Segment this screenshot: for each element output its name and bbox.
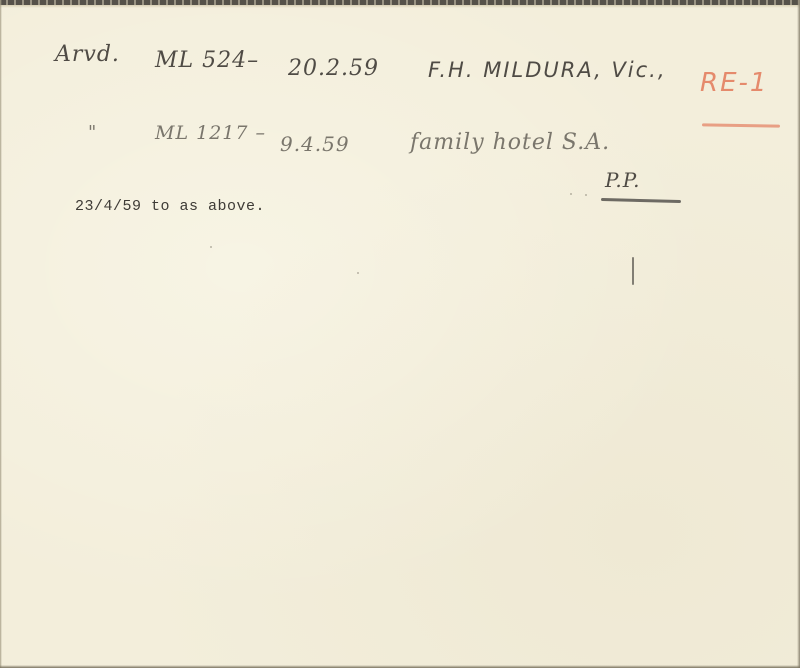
- initials-underline: [601, 198, 681, 203]
- entry-2-prefix: ": [88, 122, 97, 143]
- top-edge-shadow: [0, 5, 800, 8]
- faint-mark: [357, 272, 359, 274]
- entry-2-ref: ML 1217 –: [155, 122, 266, 144]
- red-annotation: RE-1: [700, 68, 768, 98]
- index-card: Arvd. ML 524– 20.2.59 F.H. MILDURA, Vic.…: [0, 0, 800, 668]
- faint-mark: [585, 194, 587, 196]
- initials: P.P.: [605, 168, 641, 192]
- red-annotation-underline: [702, 123, 780, 127]
- entry-2-date: 9.4.59: [280, 132, 350, 156]
- card-left-edge: [0, 0, 2, 668]
- typed-line: 23/4/59 to as above.: [75, 198, 265, 215]
- entry-1-ref: ML 524–: [155, 48, 259, 73]
- entry-1-date: 20.2.59: [288, 56, 379, 81]
- entry-2-detail: family hotel S.A.: [410, 130, 610, 155]
- entry-1-prefix: Arvd.: [55, 42, 120, 67]
- faint-mark: [210, 246, 212, 248]
- stray-pencil-mark: [632, 257, 634, 285]
- entry-1-detail: F.H. MILDURA, Vic.,: [428, 58, 667, 82]
- faint-mark: [570, 193, 572, 195]
